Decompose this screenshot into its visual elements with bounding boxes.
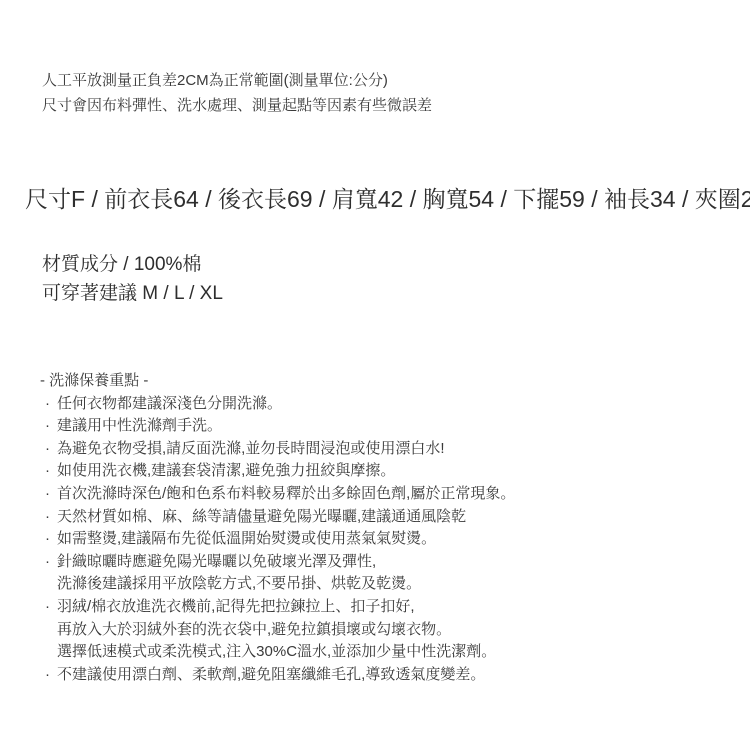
care-list-item: ·天然材質如棉、麻、絲等請儘量避免陽光曝曬,建議通通風陰乾 (40, 506, 515, 529)
bullet-dot: · (40, 664, 57, 687)
bullet-indent (40, 573, 57, 596)
bullet-dot: · (40, 483, 57, 506)
product-info-page: 人工平放測量正負差2CM為正常範圍(測量單位:公分) 尺寸會因布料彈性、洗水處理… (0, 0, 750, 750)
care-list-item: ·如需整燙,建議隔布先從低溫開始熨燙或使用蒸氣氣熨燙。 (40, 528, 515, 551)
bullet-indent (40, 619, 57, 642)
care-item-text: 選擇低速模式或柔洗模式,注入30%C溫水,並添加少量中性洗潔劑。 (57, 641, 496, 664)
care-list: ·任何衣物都建議深淺色分開洗滌。·建議用中性洗滌劑手洗。·為避免衣物受損,請反面… (40, 393, 515, 687)
care-item-text: 任何衣物都建議深淺色分開洗滌。 (57, 393, 282, 416)
care-list-item: ·不建議使用漂白劑、柔軟劑,避免阻塞纖維毛孔,導致透氣度變差。 (40, 664, 515, 687)
bullet-dot: · (40, 506, 57, 529)
care-item-text: 如使用洗衣機,建議套袋清潔,避免強力扭絞與摩擦。 (57, 460, 395, 483)
care-section: - 洗滌保養重點 - ·任何衣物都建議深淺色分開洗滌。·建議用中性洗滌劑手洗。·… (40, 370, 515, 686)
measurement-note-line2: 尺寸會因布料彈性、洗水處理、測量起點等因素有些微誤差 (42, 93, 432, 118)
bullet-dot: · (40, 415, 57, 438)
care-item-text: 如需整燙,建議隔布先從低溫開始熨燙或使用蒸氣氣熨燙。 (57, 528, 436, 551)
care-item-text: 洗滌後建議採用平放陰乾方式,不要吊掛、烘乾及乾燙。 (57, 573, 421, 596)
care-list-item: 再放入大於羽絨外套的洗衣袋中,避免拉鎮損壞或勾壞衣物。 (40, 619, 515, 642)
care-item-text: 不建議使用漂白劑、柔軟劑,避免阻塞纖維毛孔,導致透氣度變差。 (57, 664, 485, 687)
care-list-item: ·羽絨/棉衣放進洗衣機前,記得先把拉鍊拉上、扣子扣好, (40, 596, 515, 619)
care-item-text: 首次洗滌時深色/飽和色系布料較易釋於出多餘固色劑,屬於正常現象。 (57, 483, 515, 506)
care-item-text: 為避免衣物受損,請反面洗滌,並勿長時間浸泡或使用漂白水! (57, 438, 445, 461)
care-list-item: ·針織晾曬時應避免陽光曝曬以免破壞光澤及彈性, (40, 551, 515, 574)
care-heading: - 洗滌保養重點 - (40, 370, 515, 393)
measurement-note-line1: 人工平放測量正負差2CM為正常範圍(測量單位:公分) (42, 68, 432, 93)
care-list-item: ·首次洗滌時深色/飽和色系布料較易釋於出多餘固色劑,屬於正常現象。 (40, 483, 515, 506)
care-list-item: ·為避免衣物受損,請反面洗滌,並勿長時間浸泡或使用漂白水! (40, 438, 515, 461)
care-list-item: ·如使用洗衣機,建議套袋清潔,避免強力扭絞與摩擦。 (40, 460, 515, 483)
bullet-dot: · (40, 551, 57, 574)
bullet-dot: · (40, 438, 57, 461)
material-info: 材質成分 / 100%棉 可穿著建議 M / L / XL (42, 250, 223, 308)
bullet-dot: · (40, 460, 57, 483)
care-item-text: 再放入大於羽絨外套的洗衣袋中,避免拉鎮損壞或勾壞衣物。 (57, 619, 451, 642)
care-item-text: 建議用中性洗滌劑手洗。 (57, 415, 222, 438)
care-list-item: ·任何衣物都建議深淺色分開洗滌。 (40, 393, 515, 416)
material-composition: 材質成分 / 100%棉 (42, 250, 223, 279)
care-item-text: 針織晾曬時應避免陽光曝曬以免破壞光澤及彈性, (57, 551, 376, 574)
care-item-text: 羽絨/棉衣放進洗衣機前,記得先把拉鍊拉上、扣子扣好, (57, 596, 415, 619)
measurement-note: 人工平放測量正負差2CM為正常範圍(測量單位:公分) 尺寸會因布料彈性、洗水處理… (42, 68, 432, 118)
bullet-dot: · (40, 528, 57, 551)
fit-recommendation: 可穿著建議 M / L / XL (42, 279, 223, 308)
care-list-item: 洗滌後建議採用平放陰乾方式,不要吊掛、烘乾及乾燙。 (40, 573, 515, 596)
care-list-item: ·建議用中性洗滌劑手洗。 (40, 415, 515, 438)
care-item-text: 天然材質如棉、麻、絲等請儘量避免陽光曝曬,建議通通風陰乾 (57, 506, 466, 529)
care-list-item: 選擇低速模式或柔洗模式,注入30%C溫水,並添加少量中性洗潔劑。 (40, 641, 515, 664)
bullet-dot: · (40, 393, 57, 416)
bullet-dot: · (40, 596, 57, 619)
size-spec-line: 尺寸F / 前衣長64 / 後衣長69 / 肩寬42 / 胸寬54 / 下擺59… (25, 183, 750, 215)
bullet-indent (40, 641, 57, 664)
